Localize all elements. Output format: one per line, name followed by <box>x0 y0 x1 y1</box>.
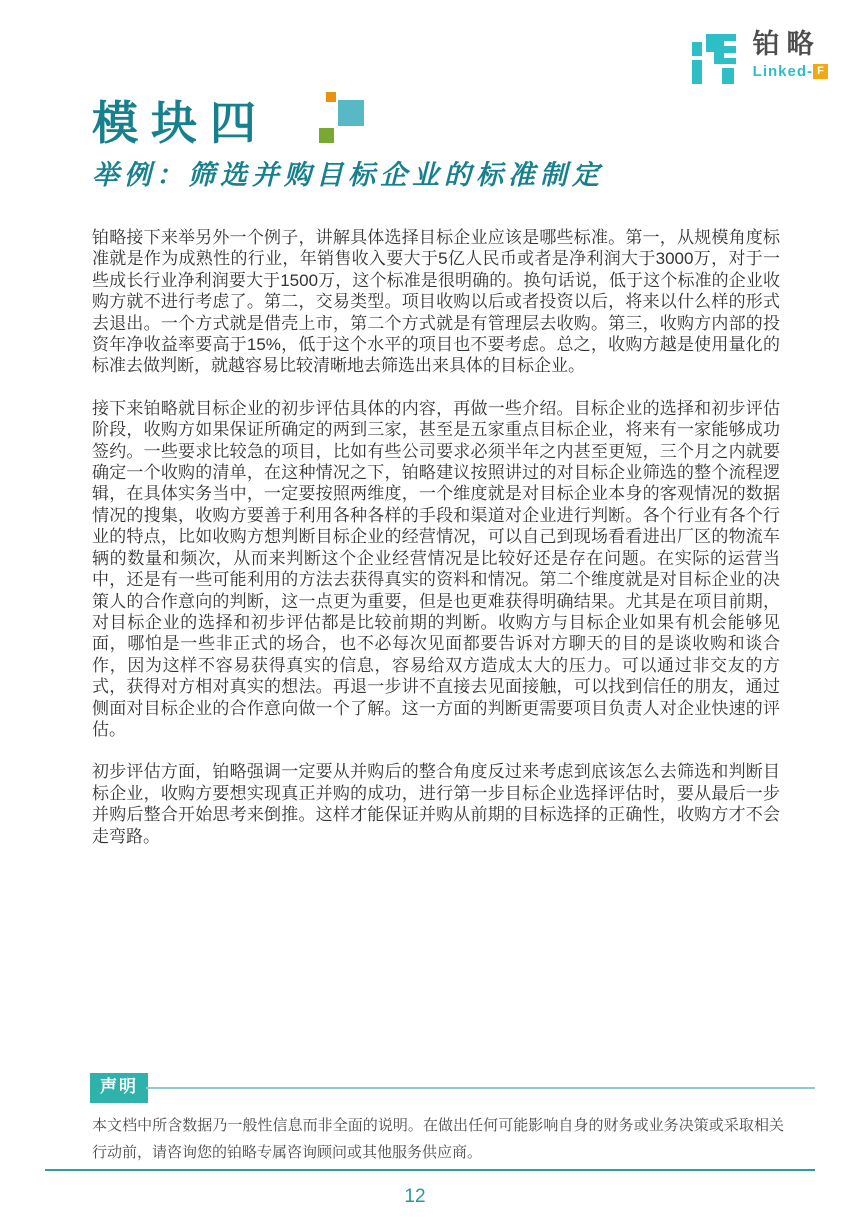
paragraph-1: 铂略接下来举另外一个例子，讲解具体选择目标企业应该是哪些标准。第一，从规模角度标… <box>92 227 780 377</box>
paragraph-3: 初步评估方面，铂略强调一定要从并购后的整合角度反过来考虑到底该怎么去筛选和判断目… <box>92 761 780 847</box>
disclaimer-text: 本文档中所含数据乃一般性信息而非全面的说明。在做出任何可能影响自身的财务或业务决… <box>92 1112 784 1166</box>
document-page: 铂略 Linked- F 模块四 举例：筛选并购目标企业的标准制定 铂略接下来举… <box>0 0 850 1228</box>
page-title: 模块四 <box>92 96 269 151</box>
logo-text: 铂略 Linked- F <box>753 30 828 80</box>
logo-cn-name: 铂略 <box>753 30 821 60</box>
disclaimer-badge: 声明 <box>90 1073 148 1103</box>
accent-square-orange <box>326 92 336 102</box>
logo-f-badge: F <box>813 64 828 79</box>
brand-logo: 铂略 Linked- F <box>691 30 828 86</box>
page-subtitle: 举例：筛选并购目标企业的标准制定 <box>92 158 792 193</box>
accent-squares-decoration <box>315 90 370 145</box>
paragraph-2: 接下来铂略就目标企业的初步评估具体的内容，再做一些介绍。目标企业的选择和初步评估… <box>92 398 780 741</box>
body-text-block: 铂略接下来举另外一个例子，讲解具体选择目标企业应该是哪些标准。第一，从规模角度标… <box>92 227 780 868</box>
footer-rule-line <box>45 1169 815 1171</box>
linked-f-logo-icon <box>691 30 745 86</box>
logo-en-name: Linked- F <box>753 63 828 80</box>
accent-square-green <box>319 128 334 143</box>
page-number: 12 <box>0 1186 830 1208</box>
accent-square-teal <box>338 100 364 126</box>
disclaimer-rule-line <box>146 1087 815 1089</box>
